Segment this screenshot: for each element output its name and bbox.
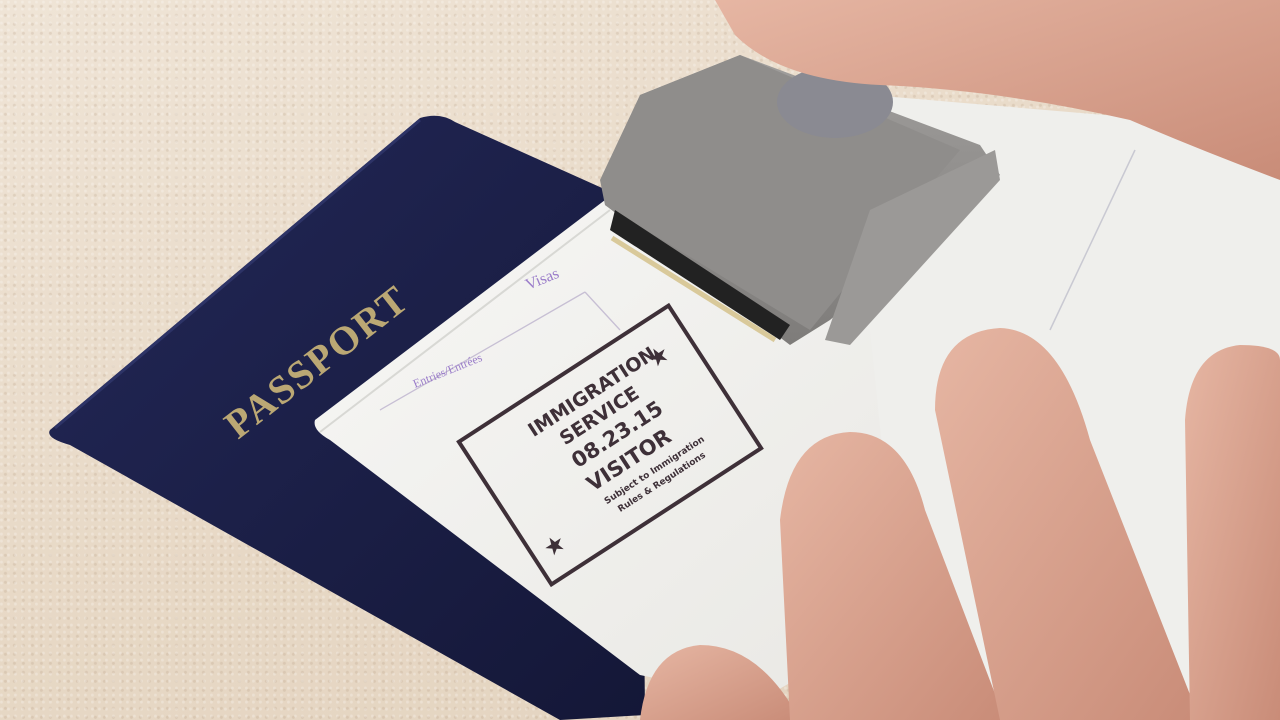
- passport-stamp-photo: PASSPORT Visas Entries/Entrées IMMIGRATI…: [0, 0, 1280, 720]
- photo-scene: PASSPORT Visas Entries/Entrées IMMIGRATI…: [0, 0, 1280, 720]
